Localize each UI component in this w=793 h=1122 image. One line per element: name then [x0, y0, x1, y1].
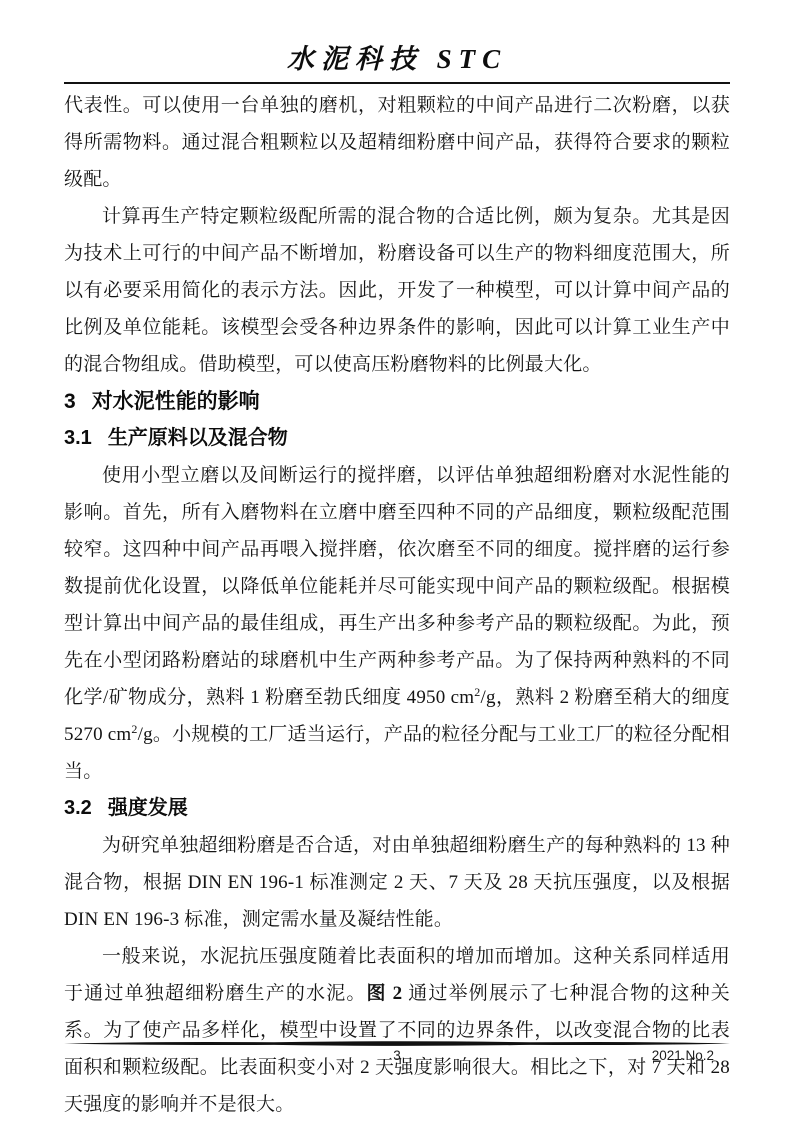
section-title: 生产原料以及混合物 — [108, 427, 288, 449]
footer-row: 3 2021.No.2 — [64, 1047, 730, 1067]
section-number: 3 — [64, 383, 76, 420]
section-title: 对水泥性能的影响 — [92, 390, 260, 413]
section-number: 3.1 — [64, 420, 92, 457]
footer-rule — [64, 1040, 730, 1047]
figure-2-reference: 图 2 — [367, 983, 403, 1004]
paragraph-raw-materials: 使用小型立磨以及间断运行的搅拌磨，以评估单独超细粉磨对水泥性能的影响。首先，所有… — [64, 457, 730, 790]
paragraph-mixture-model: 计算再生产特定颗粒级配所需的混合物的合适比例，颇为复杂。尤其是因为技术上可行的中… — [64, 198, 730, 383]
section-heading-3-1: 3.1生产原料以及混合物 — [64, 420, 730, 457]
document-page: 水泥科技 STC 代表性。可以使用一台单独的磨机，对粗颗粒的中间产品进行二次粉磨… — [0, 0, 793, 1122]
journal-title: 水泥科技 STC — [64, 42, 730, 76]
paragraph-text: /g。小规模的工厂适当运行，产品的粒径分配与工业工厂的粒径分配相当。 — [64, 724, 730, 782]
paragraph-text: 使用小型立磨以及间断运行的搅拌磨，以评估单独超细粉磨对水泥性能的影响。首先，所有… — [64, 465, 730, 708]
page-footer: 3 2021.No.2 — [64, 1040, 730, 1067]
section-number: 3.2 — [64, 790, 92, 827]
page-body: 代表性。可以使用一台单独的磨机，对粗颗粒的中间产品进行二次粉磨，以获得所需物料。… — [64, 87, 730, 1122]
page-header: 水泥科技 STC — [64, 42, 730, 84]
paragraph-continuation: 代表性。可以使用一台单独的磨机，对粗颗粒的中间产品进行二次粉磨，以获得所需物料。… — [64, 87, 730, 198]
paragraph-strength-testing: 为研究单独超细粉磨是否合适，对由单独超细粉磨生产的每种熟料的 13 种混合物，根… — [64, 827, 730, 938]
section-heading-3-2: 3.2强度发展 — [64, 790, 730, 827]
paragraph-strength-development: 一般来说，水泥抗压强度随着比表面积的增加而增加。这种关系同样适用于通过单独超细粉… — [64, 938, 730, 1122]
section-title: 强度发展 — [108, 797, 188, 819]
section-heading-3: 3对水泥性能的影响 — [64, 383, 730, 420]
issue-label: 2021.No.2 — [652, 1048, 714, 1063]
page-number: 3 — [64, 1048, 730, 1063]
header-rule — [64, 82, 730, 84]
